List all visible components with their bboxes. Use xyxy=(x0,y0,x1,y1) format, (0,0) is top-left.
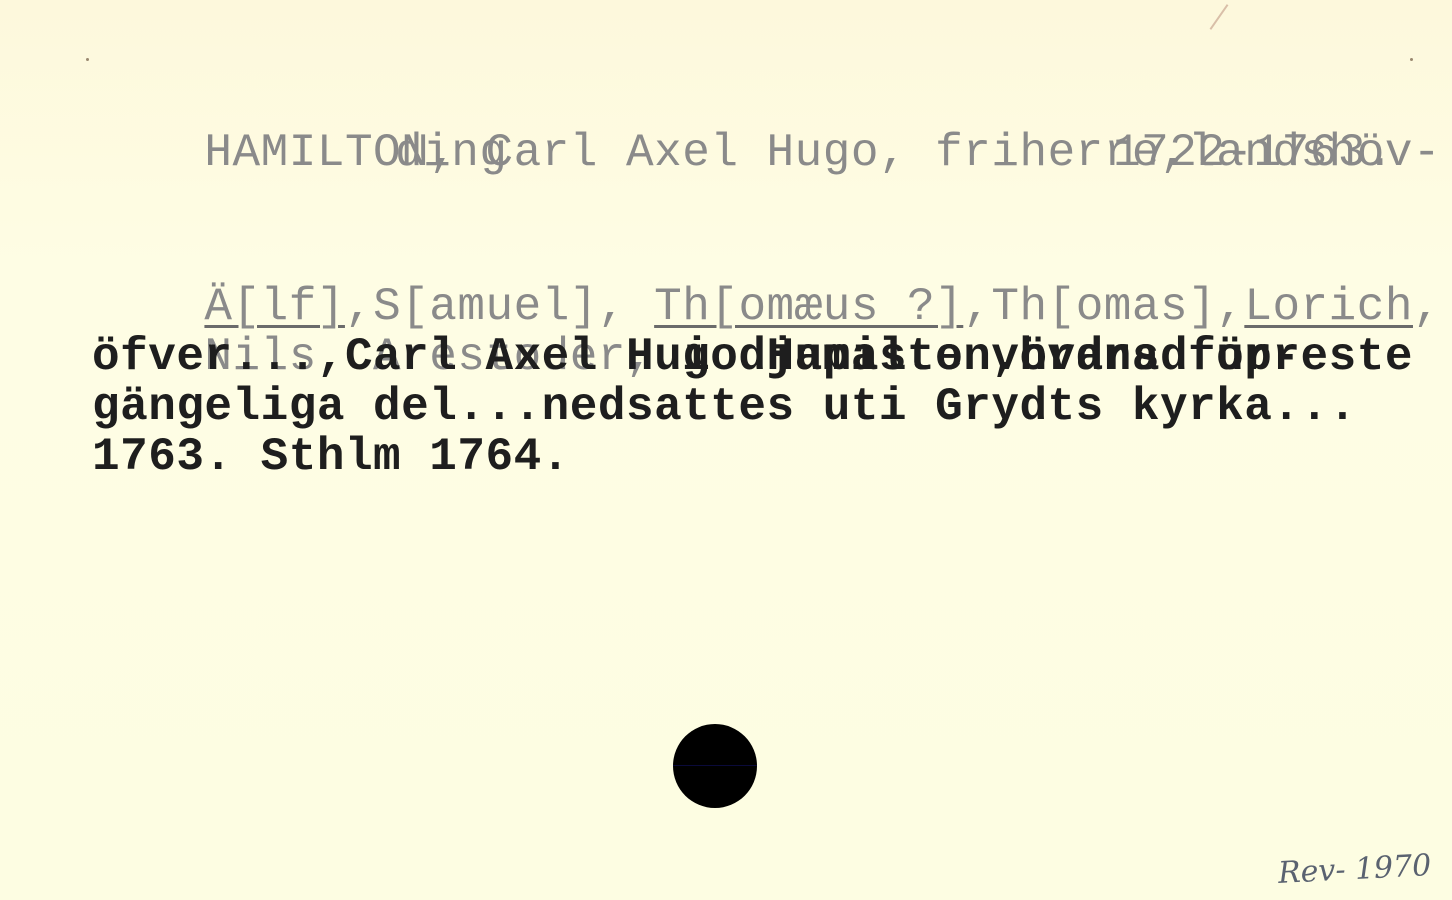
catalog-card: HAMILTON, Carl Axel Hugo, friherre,lands… xyxy=(0,0,1452,900)
separator: , xyxy=(1413,281,1441,333)
body-line-3: öfver...,Carl Axel Hugo Hamilton,hvars f… xyxy=(92,332,1301,382)
paper-speck xyxy=(1410,58,1413,61)
heading-title-continuation: ding xyxy=(395,128,507,178)
heading-given-names: Carl Axel Hugo, xyxy=(457,127,907,179)
body-line-5: 1763. Sthlm 1764. xyxy=(92,432,570,482)
heading-dates: 1722-1763. xyxy=(1113,128,1394,178)
handwritten-revision-note: Rev- 1970 xyxy=(1277,848,1432,891)
punch-hole xyxy=(673,724,757,808)
body-line-4: gängeliga del...nedsattes uti Grydts kyr… xyxy=(92,382,1357,432)
paper-scratch xyxy=(1210,4,1229,30)
paper-speck xyxy=(86,58,89,61)
